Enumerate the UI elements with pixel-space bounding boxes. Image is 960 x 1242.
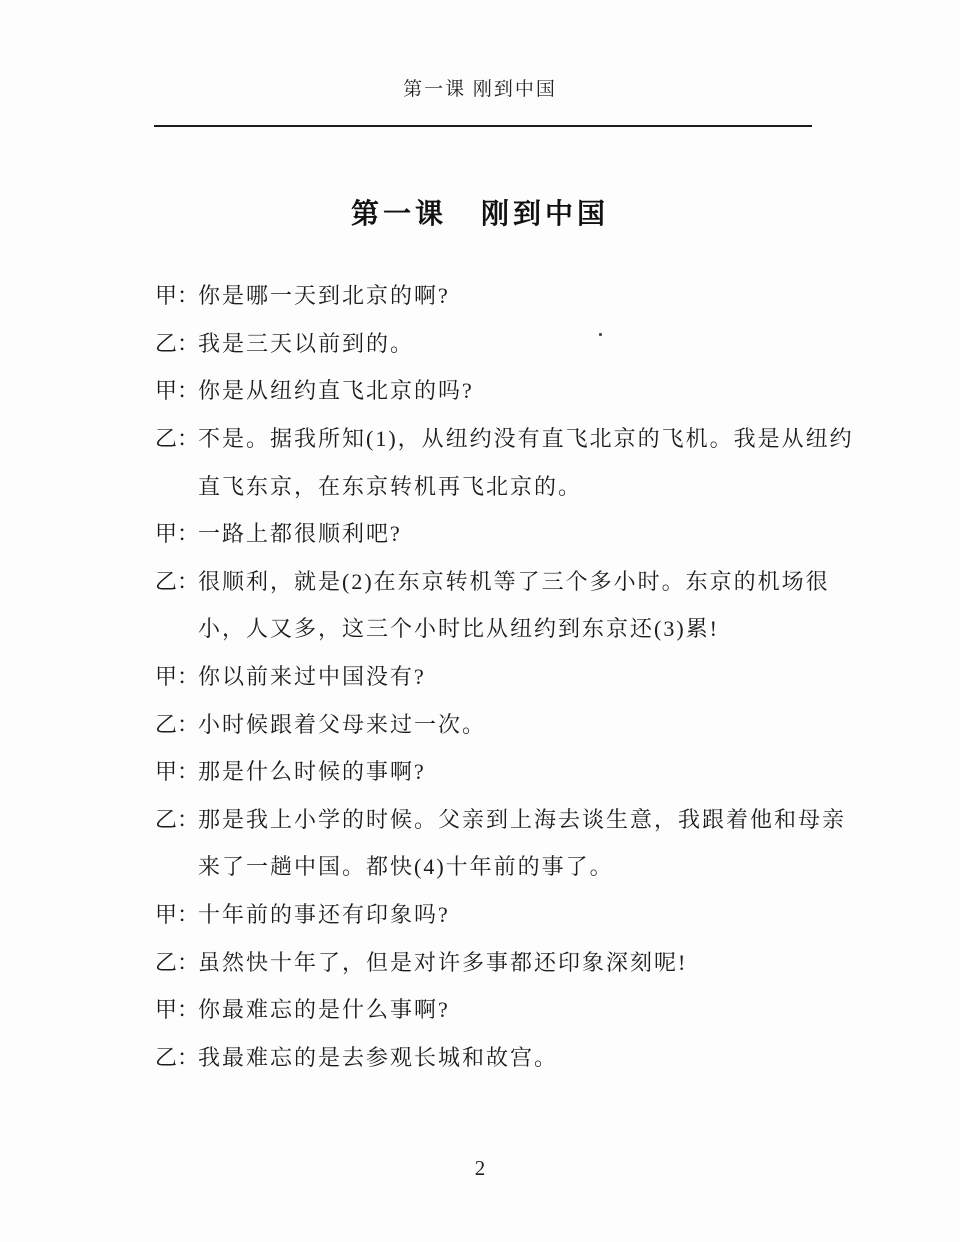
dialogue-entry: 甲：那是什么时候的事啊? (155, 747, 835, 795)
dialogue-entry: 甲：十年前的事还有印象吗? (155, 890, 835, 938)
speaker-label: 乙： (155, 414, 198, 462)
dialogue-lines: 虽然快十年了，但是对许多事都还印象深刻呢! (198, 937, 835, 985)
dialogue-line: 很顺利，就是(2)在东京转机等了三个多小时。东京的机场很 (198, 557, 835, 605)
speaker-label: 甲： (155, 890, 198, 938)
dialogue-lines: 十年前的事还有印象吗? (198, 890, 835, 938)
dialogue-line: 那是什么时候的事啊? (198, 747, 835, 795)
dialogue-lines: 你以前来过中国没有? (198, 652, 835, 700)
dialogue-lines: 我是三天以前到的。 (198, 319, 835, 367)
dialogue-line: 来了一趟中国。都快(4)十年前的事了。 (198, 842, 846, 890)
dialogue-line: 我最难忘的是去参观长城和故宫。 (198, 1033, 835, 1081)
dialogue-entry: 甲：你是从纽约直飞北京的吗? (155, 366, 835, 414)
dialogue-lines: 你最难忘的是什么事啊? (198, 985, 835, 1033)
speaker-label: 乙： (155, 795, 198, 843)
speaker-label: 甲： (155, 271, 198, 319)
dialogue-entry: 乙：小时候跟着父母来过一次。 (155, 699, 835, 747)
dialogue-entry: 甲：一路上都很顺利吧? (155, 509, 835, 557)
header-divider-rule (154, 125, 812, 127)
dialogue-entry: 甲：你最难忘的是什么事啊? (155, 985, 835, 1033)
dialogue-line: 十年前的事还有印象吗? (198, 890, 835, 938)
dialogue-entry: 乙：很顺利，就是(2)在东京转机等了三个多小时。东京的机场很小，人又多，这三个小… (155, 557, 835, 652)
dialogue-lines: 很顺利，就是(2)在东京转机等了三个多小时。东京的机场很小，人又多，这三个小时比… (198, 557, 835, 652)
dialogue-line: 我是三天以前到的。 (198, 319, 835, 367)
speaker-label: 甲： (155, 747, 198, 795)
dialogue-line: 你是从纽约直飞北京的吗? (198, 366, 835, 414)
dialogue-entry: 乙：那是我上小学的时候。父亲到上海去谈生意，我跟着他和母亲来了一趟中国。都快(4… (155, 795, 835, 890)
running-header: 第一课 刚到中国 (0, 74, 960, 101)
speaker-label: 乙： (155, 557, 198, 605)
lesson-title-text: 刚到中国 (481, 199, 609, 230)
speaker-label: 乙： (155, 699, 198, 747)
dialogue-lines: 你是哪一天到北京的啊? (198, 271, 835, 319)
dialogue-line: 直飞东京，在东京转机再飞北京的。 (198, 461, 854, 509)
dialogue-lines: 不是。据我所知(1)，从纽约没有直飞北京的飞机。我是从纽约直飞东京，在东京转机再… (198, 414, 854, 509)
speaker-label: 乙： (155, 319, 198, 367)
dialogue: 甲：你是哪一天到北京的啊?乙：我是三天以前到的。甲：你是从纽约直飞北京的吗?乙：… (155, 271, 835, 1080)
dialogue-lines: 我最难忘的是去参观长城和故宫。 (198, 1033, 835, 1081)
dialogue-line: 不是。据我所知(1)，从纽约没有直飞北京的飞机。我是从纽约 (198, 414, 854, 462)
dialogue-line: 那是我上小学的时候。父亲到上海去谈生意，我跟着他和母亲 (198, 795, 846, 843)
dialogue-line: 小，人又多，这三个小时比从纽约到东京还(3)累! (198, 604, 835, 652)
dialogue-entry: 乙：不是。据我所知(1)，从纽约没有直飞北京的飞机。我是从纽约直飞东京，在东京转… (155, 414, 835, 509)
speaker-label: 甲： (155, 652, 198, 700)
dialogue-lines: 小时候跟着父母来过一次。 (198, 699, 835, 747)
lesson-title: 第一课刚到中国 (0, 192, 960, 232)
speaker-label: 甲： (155, 509, 198, 557)
dialogue-line: 你是哪一天到北京的啊? (198, 271, 835, 319)
dialogue-entry: 甲：你是哪一天到北京的啊? (155, 271, 835, 319)
dialogue-entry: 乙：我是三天以前到的。 (155, 319, 835, 367)
dialogue-line: 小时候跟着父母来过一次。 (198, 699, 835, 747)
dialogue-line: 你最难忘的是什么事啊? (198, 985, 835, 1033)
speaker-label: 甲： (155, 985, 198, 1033)
dialogue-entry: 甲：你以前来过中国没有? (155, 652, 835, 700)
speaker-label: 乙： (155, 937, 198, 985)
page-number: 2 (0, 1156, 960, 1181)
dialogue-lines: 那是什么时候的事啊? (198, 747, 835, 795)
lesson-title-number: 第一课 (351, 199, 447, 230)
document-page: 第一课 刚到中国 第一课刚到中国 甲：你是哪一天到北京的啊?乙：我是三天以前到的… (0, 0, 960, 1242)
dialogue-entry: 乙：我最难忘的是去参观长城和故宫。 (155, 1033, 835, 1081)
dialogue-line: 一路上都很顺利吧? (198, 509, 835, 557)
dialogue-lines: 一路上都很顺利吧? (198, 509, 835, 557)
dialogue-lines: 那是我上小学的时候。父亲到上海去谈生意，我跟着他和母亲来了一趟中国。都快(4)十… (198, 795, 846, 890)
speaker-label: 甲： (155, 366, 198, 414)
dialogue-lines: 你是从纽约直飞北京的吗? (198, 366, 835, 414)
speaker-label: 乙： (155, 1033, 198, 1081)
dialogue-entry: 乙：虽然快十年了，但是对许多事都还印象深刻呢! (155, 937, 835, 985)
dialogue-line: 虽然快十年了，但是对许多事都还印象深刻呢! (198, 937, 835, 985)
dialogue-line: 你以前来过中国没有? (198, 652, 835, 700)
